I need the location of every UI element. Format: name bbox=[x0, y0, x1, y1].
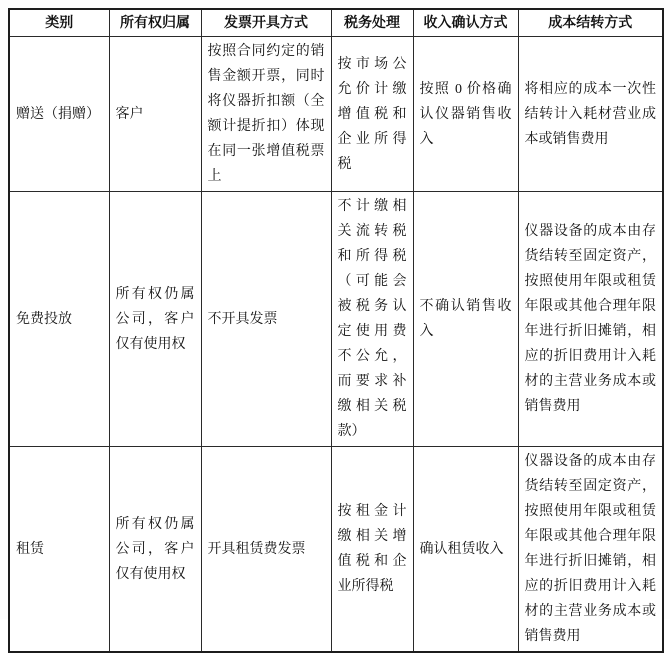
cell-tax: 按租金计缴相关增值税和企业所得税 bbox=[331, 447, 413, 653]
table-row-lease: 租赁 所有权仍属公司，客户仅有使用权 开具租赁费发票 按租金计缴相关增值税和企业… bbox=[9, 447, 663, 653]
cell-ownership: 所有权仍属公司，客户仅有使用权 bbox=[109, 447, 201, 653]
table-row-donation: 赠送（捐赠） 客户 按照合同约定的销售金额开票，同时将仪器折扣额（全额计提折扣）… bbox=[9, 37, 663, 192]
cell-tax: 按市场公允价计缴增值税和企业所得税 bbox=[331, 37, 413, 192]
cell-invoice: 按照合同约定的销售金额开票，同时将仪器折扣额（全额计提折扣）体现在同一张增值税票… bbox=[201, 37, 331, 192]
cell-tax: 不计缴相关流转税和所得税（可能会被税务认定使用费不公允，而要求补缴相关税款） bbox=[331, 192, 413, 447]
cell-cost: 将相应的成本一次性结转计入耗材营业成本或销售费用 bbox=[518, 37, 663, 192]
header-cell-ownership: 所有权归属 bbox=[109, 9, 201, 37]
cell-cost: 仪器设备的成本由存货结转至固定资产，按照使用年限或租赁年限或其他合理年限年进行折… bbox=[518, 447, 663, 653]
cell-cost: 仪器设备的成本由存货结转至固定资产，按照使用年限或租赁年限或其他合理年限年进行折… bbox=[518, 192, 663, 447]
cell-category: 租赁 bbox=[9, 447, 109, 653]
header-cell-category: 类别 bbox=[9, 9, 109, 37]
cell-invoice: 不开具发票 bbox=[201, 192, 331, 447]
cell-category: 免费投放 bbox=[9, 192, 109, 447]
cell-revenue: 按照 0 价格确认仪器销售收入 bbox=[413, 37, 518, 192]
cell-revenue: 不确认销售收入 bbox=[413, 192, 518, 447]
cell-category: 赠送（捐赠） bbox=[9, 37, 109, 192]
cell-ownership: 客户 bbox=[109, 37, 201, 192]
header-cell-cost: 成本结转方式 bbox=[518, 9, 663, 37]
cell-revenue: 确认租赁收入 bbox=[413, 447, 518, 653]
document-page: 类别 所有权归属 发票开具方式 税务处理 收入确认方式 成本结转方式 赠送（捐赠… bbox=[0, 0, 670, 619]
header-cell-invoice: 发票开具方式 bbox=[201, 9, 331, 37]
cell-invoice: 开具租赁费发票 bbox=[201, 447, 331, 653]
header-cell-revenue: 收入确认方式 bbox=[413, 9, 518, 37]
header-row: 类别 所有权归属 发票开具方式 税务处理 收入确认方式 成本结转方式 bbox=[9, 9, 663, 37]
accounting-treatment-table: 类别 所有权归属 发票开具方式 税务处理 收入确认方式 成本结转方式 赠送（捐赠… bbox=[8, 8, 664, 653]
table-row-free-placement: 免费投放 所有权仍属公司，客户仅有使用权 不开具发票 不计缴相关流转税和所得税（… bbox=[9, 192, 663, 447]
header-cell-tax: 税务处理 bbox=[331, 9, 413, 37]
cell-ownership: 所有权仍属公司，客户仅有使用权 bbox=[109, 192, 201, 447]
